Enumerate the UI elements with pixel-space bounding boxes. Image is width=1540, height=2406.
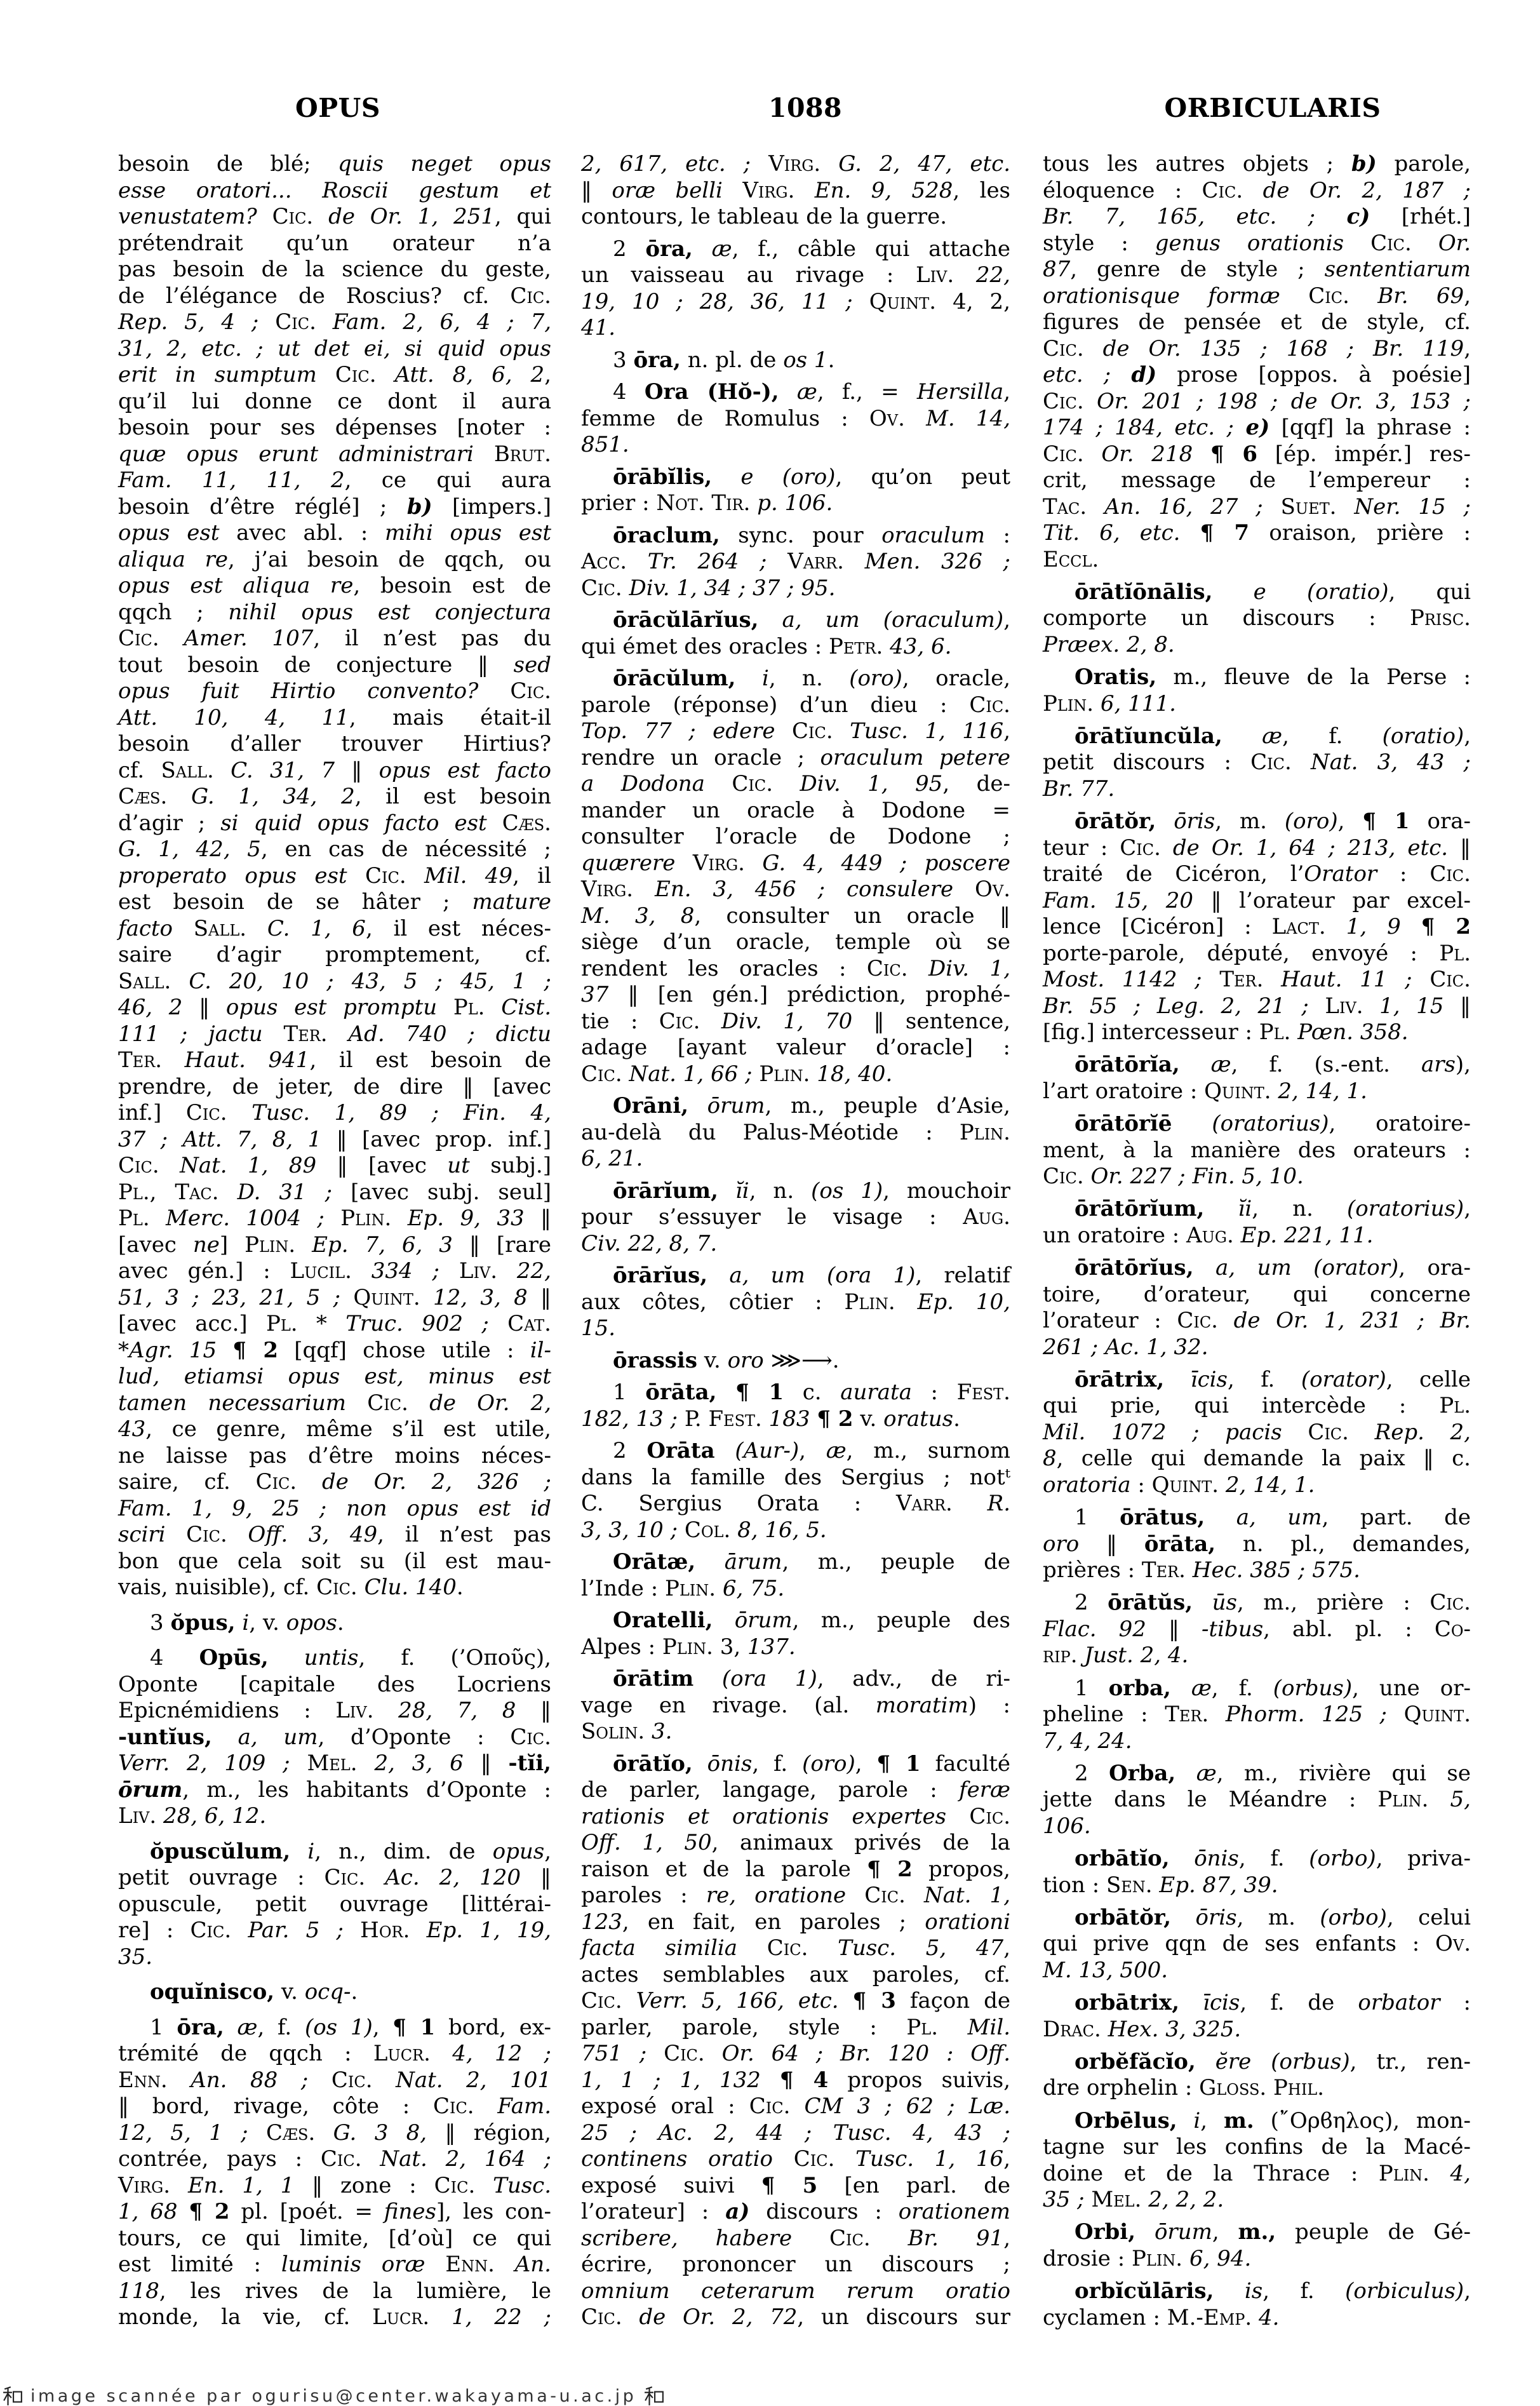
italic-text: Amer. 107 [184, 626, 313, 651]
bold-text: ¶ 2 [189, 2199, 229, 2224]
italic-text: 334 ; [372, 1258, 439, 1284]
author-abbreviation: Co- [1435, 1616, 1471, 1642]
italic-text: rationis et orationis expertes [581, 1804, 946, 1829]
italic-text: ĕre (orbus) [1215, 2049, 1350, 2074]
author-abbreviation: Sall. [194, 916, 246, 941]
italic-text: Civ. 22, 8, 7. [581, 1231, 717, 1256]
text-line: ōrātĭōnālis, e (oratio), qui [1043, 579, 1471, 606]
text-line: qui prie, qui intercède : Pl. [1043, 1393, 1471, 1420]
italic-text: Orator [1304, 861, 1377, 887]
author-abbreviation: Cic. [365, 863, 406, 889]
italic-text: orbator [1358, 1990, 1440, 2015]
text-line: 4 Ora (Hŏ-), æ, f., = Hersilla, [581, 379, 1010, 406]
italic-text: Or. 201 ; 198 ; de Or. 3, 153 ; [1097, 389, 1471, 414]
italic-text: 43 [118, 1416, 145, 1442]
italic-text: Rep. 2, [1375, 1420, 1471, 1445]
author-abbreviation: Virg. [581, 877, 633, 902]
italic-text: æ [1211, 1052, 1231, 1077]
italic-text: Ep. 87, 39. [1159, 1872, 1278, 1898]
text-line: teur : Cic. de Or. 1, 64 ; 213, etc. ‖ [1043, 835, 1471, 862]
section-letter: d) [1131, 362, 1156, 387]
italic-text: de Or. 1, 251 [328, 204, 495, 229]
dictionary-entry: ōrātĭuncŭla, æ, f. (oratio),petit discou… [1043, 723, 1471, 803]
italic-text: 2, 617, etc. ; [581, 151, 751, 177]
text-line: aliqua re, j’ai besoin de qqch, ou [118, 547, 551, 574]
author-abbreviation: M.-Emp. [1167, 2305, 1252, 2330]
author-abbreviation: Liv. [335, 1698, 373, 1723]
kanji-wa-mark-icon [3, 2386, 23, 2406]
italic-text: 22, [517, 1258, 551, 1284]
section-letter: b) [407, 494, 432, 520]
author-abbreviation: Cic. [1250, 749, 1292, 775]
italic-text: Men. 326 ; [865, 549, 1010, 574]
italic-text: Fam. 2, 6, 4 ; 7, [333, 309, 551, 335]
author-abbreviation: Cic. [335, 362, 377, 387]
text-line: Most. 1142 ; Ter. Haut. 11 ; Cic. [1043, 967, 1471, 993]
italic-text: Merc. 1004 ; [166, 1206, 325, 1231]
author-abbreviation: Plin. [1379, 2161, 1430, 2186]
italic-text: oratus [883, 1406, 953, 1432]
author-abbreviation: Not. Tir. [656, 490, 750, 516]
italic-text: æ [826, 1438, 847, 1463]
italic-text: 183 [769, 1406, 810, 1432]
dictionary-entry: 2 ōra, æ, f., câble qui attacheun vaisse… [581, 236, 1010, 342]
author-abbreviation: Cic. [581, 1061, 622, 1087]
italic-text: Top. 77 ; edere [581, 718, 775, 744]
text-line: Plin. 6, 111. [1043, 691, 1471, 718]
text-line: Alpes : Plin. 3, 137. [581, 1634, 1010, 1661]
text-line: tamen necessarium Cic. de Or. 2, [118, 1390, 551, 1417]
italic-text: ōrum [1155, 2219, 1212, 2245]
dictionary-entry: ōrātim (ora 1), adv., de ri-vage en riva… [581, 1666, 1010, 1745]
italic-text: ne [193, 1232, 220, 1258]
text-line: pour s’essuyer le visage : Aug. [581, 1204, 1010, 1231]
italic-text: Ep. 9, 33 [408, 1206, 525, 1231]
italic-text: Mil. 49 [424, 863, 512, 889]
author-abbreviation: Pl. [266, 1311, 298, 1336]
text-line: ōrārĭum, ĭi, n. (os 1), mouchoir [581, 1178, 1010, 1205]
dictionary-entry: 1 ōrāta, ¶ 1 c. aurata : Fest.182, 13 ; … [581, 1380, 1010, 1432]
text-line: oquĭnisco, v. ocq-. [118, 1979, 551, 2006]
text-line: G. 1, 42, 5, en cas de nécessité ; [118, 837, 551, 863]
italic-text: 106. [1043, 1813, 1091, 1839]
text-line: l’orateur] : a) discours : orationem [581, 2199, 1010, 2226]
author-abbreviation: Cic. [510, 283, 551, 309]
dictionary-entry-continued: 2, 617, etc. ; Virg. G. 2, 47, etc.‖ oræ… [581, 151, 1010, 231]
author-abbreviation: Ov. [975, 877, 1010, 902]
italic-text: Hex. 3, 325. [1108, 2017, 1242, 2042]
italic-text: 118 [118, 2278, 159, 2304]
italic-text: il- [530, 1338, 551, 1363]
text-line: petit discours : Cic. Nat. 3, 43 ; [1043, 749, 1471, 776]
italic-text: 3, 3, 10 ; [581, 1517, 678, 1543]
text-line: ŏpuscŭlum, i, n., dim. de opus, [118, 1839, 551, 1865]
bold-text: ¶ 2 [817, 1406, 853, 1432]
italic-text: Mil. 1072 ; pacis [1043, 1420, 1282, 1445]
italic-text: 35 ; [1043, 2187, 1085, 2212]
italic-text: oræ belli [612, 178, 723, 203]
italic-text: genus orationis [1155, 231, 1344, 256]
italic-text: ōris [1196, 1905, 1237, 1930]
italic-text: Att. 8, 6, 2 [395, 362, 545, 387]
italic-text: opus fuit Hirtio convento? [118, 678, 478, 704]
dictionary-entry: orbātrix, īcis, f. de orbator :Drac. Hex… [1043, 1990, 1471, 2043]
italic-text: Ad. 740 ; dictu [349, 1021, 551, 1047]
italic-text: (ora 1) [827, 1263, 915, 1288]
italic-text: Rep. 5, 4 ; [118, 309, 258, 335]
italic-text: CM 3 ; 62 ; Læ. [805, 2093, 1010, 2119]
author-abbreviation: Cic. [118, 1153, 159, 1178]
text-line: 25 ; Ac. 2, 44 ; Tusc. 4, 43 ; [581, 2120, 1010, 2147]
italic-text: omnium ceterarum rerum oratio [581, 2278, 1010, 2304]
italic-text: sententiarum [1325, 257, 1471, 282]
author-abbreviation: Cic. [1430, 967, 1471, 992]
text-line: besoin pour ses dépenses [noter : [118, 415, 551, 441]
text-line: 111 ; jactu Ter. Ad. 740 ; dictu [118, 1021, 551, 1048]
text-line: ōrābĭlis, e (oro), qu’on peut [581, 464, 1010, 491]
author-abbreviation: Cic. [732, 771, 773, 796]
text-line: monde, la vie, cf. Lucr. 1, 22 ; [118, 2304, 551, 2331]
author-abbreviation: Cic. [1043, 1164, 1084, 1189]
author-abbreviation: Cic. [191, 1918, 232, 1943]
italic-text: continens oratio [581, 2146, 773, 2172]
italic-text: ārum [725, 1549, 782, 1575]
text-line: ōrātōrĭum, ĭi, n. (oratorius), [1043, 1196, 1471, 1223]
bold-text: ōrāta, [1144, 1531, 1215, 1557]
italic-text: (Aur-) [735, 1438, 799, 1463]
italic-text: 261 ; Ac. 1, 32. [1043, 1334, 1209, 1360]
author-abbreviation: Lact. [1272, 914, 1326, 939]
italic-text: Hec. 385 ; 575. [1193, 1557, 1360, 1583]
author-abbreviation: Cic. [829, 2226, 871, 2251]
italic-text: opus est promptu [226, 995, 437, 1020]
italic-text: Truc. 902 ; [345, 1311, 489, 1336]
text-line: rip. Just. 2, 4. [1043, 1643, 1471, 1669]
text-line: opus est aliqua re, besoin est de [118, 573, 551, 600]
text-line: opus est avec abl. : mihi opus est [118, 520, 551, 547]
italic-text: (os 1) [811, 1178, 883, 1204]
author-abbreviation: Aug. [1186, 1223, 1234, 1248]
italic-text: (oratorius) [1347, 1196, 1464, 1221]
italic-text: de Or. 2, 72 [639, 2304, 797, 2330]
text-line: ōrātĭuncŭla, æ, f. (oratio), [1043, 723, 1471, 750]
author-abbreviation: Cæs. [118, 784, 167, 809]
italic-text: esse oratori... Roscii gestum et [118, 178, 551, 203]
dictionary-entry: ōrātrix, īcis, f. (orator), cellequi pri… [1043, 1367, 1471, 1499]
author-abbreviation: Cat. [507, 1311, 551, 1336]
bold-text: orbātrix, [1075, 1990, 1179, 2015]
text-line: Virg. En. 1, 1 ‖ zone : Cic. Tusc. [118, 2173, 551, 2200]
text-line: lud, etiamsi opus est, minus est [118, 1364, 551, 1390]
bold-text: ¶ 4 [780, 2067, 828, 2093]
author-abbreviation: Liv. [459, 1258, 497, 1284]
text-line: qqch ; nihil opus est conjectura [118, 600, 551, 626]
italic-text: (oro) [1285, 809, 1338, 834]
author-abbreviation: Cic. [581, 1988, 622, 2013]
text-line: Drac. Hex. 3, 325. [1043, 2017, 1471, 2043]
author-abbreviation: Cic. [659, 1009, 700, 1034]
italic-text: 35. [118, 1944, 152, 1970]
text-line: besoin de blé; quis neget opus [118, 151, 551, 178]
author-abbreviation: Cic. [316, 1575, 358, 1600]
author-abbreviation: Varr. [896, 1491, 953, 1516]
italic-text: Fam. 11, 11, 2 [118, 467, 345, 493]
dictionary-entry: ōrācŭlum, i, n. (oro), oracle,parole (ré… [581, 666, 1010, 1087]
dictionary-entry: Oratelli, ōrum, m., peuple desAlpes : Pl… [581, 1608, 1010, 1660]
text-line: de parler, langage, parole : feræ [581, 1777, 1010, 1804]
italic-text: Ep. 1, 19, [427, 1918, 551, 1943]
dictionary-entry: Orbēlus, i, m. (῎Ορϐηλος), mon-tagne sur… [1043, 2108, 1471, 2214]
bold-text: ōra, [645, 236, 692, 262]
text-line: esse oratori... Roscii gestum et [118, 178, 551, 205]
text-line: 1 ōrāta, ¶ 1 c. aurata : Fest. [581, 1380, 1010, 1406]
italic-text: 182, 13 ; [581, 1406, 678, 1432]
text-line: 2, 617, etc. ; Virg. G. 2, 47, etc. [581, 151, 1010, 178]
italic-text: An. 16, 27 ; [1104, 494, 1263, 520]
text-column-3: tous les autres objets ; b) parole,éloqu… [1043, 151, 1471, 2331]
italic-text: ĭi [1238, 1196, 1252, 1221]
italic-text: 6, 21. [581, 1146, 643, 1171]
text-line: 2 Orba, æ, m., rivière qui se [1043, 1761, 1471, 1787]
italic-text: En. 9, 528 [815, 178, 953, 203]
author-abbreviation: Cic. [1043, 441, 1084, 467]
italic-text: erit in sumptum [118, 362, 317, 387]
italic-text: facto [118, 916, 173, 941]
section-letter: ōrum [118, 1777, 182, 1803]
text-line: Civ. 22, 8, 7. [581, 1231, 1010, 1258]
text-line: ōraclum, sync. pour oraculum : [581, 523, 1010, 549]
text-line: lence [Cicéron] : Lact. 1, 9 ¶ 2 [1043, 914, 1471, 941]
text-line: orbātŏr, ōris, m. (orbo), celui [1043, 1905, 1471, 1932]
text-line: Cic. Or. 218 ¶ 6 [ép. impér.] res- [1043, 441, 1471, 468]
dictionary-entry: 4 Ora (Hŏ-), æ, f., = Hersilla,femme de … [581, 379, 1010, 459]
text-line: 51, 3 ; 23, 21, 5 ; Quint. 12, 3, 8 ‖ [118, 1285, 551, 1312]
italic-text: quærere [581, 850, 675, 876]
author-abbreviation: Plin. [244, 1232, 295, 1258]
italic-text: 7, 4, 24. [1043, 1728, 1132, 1754]
text-line: parole (réponse) d’un dieu : Cic. [581, 692, 1010, 719]
author-abbreviation: Cic. [325, 1865, 366, 1890]
text-line: dre orphelin : Gloss. Phil. [1043, 2075, 1471, 2102]
author-abbreviation: Cic. [864, 1883, 906, 1908]
text-line: Fam. 15, 20 ‖ l’orateur par excel- [1043, 888, 1471, 915]
dictionary-entry: ōrātōrĭē (oratorius), oratoire-ment, à l… [1043, 1111, 1471, 1190]
dictionary-entry: orbātŏr, ōris, m. (orbo), celuiqui prive… [1043, 1905, 1471, 1984]
bold-text: Oratis, [1075, 664, 1156, 690]
italic-text: Ep. 7, 6, 3 [312, 1232, 453, 1258]
bold-text: ōrātōrĭē [1075, 1111, 1172, 1136]
author-abbreviation: Plin. [340, 1206, 391, 1231]
bold-text: ¶ 1 [392, 2015, 435, 2040]
bold-text: ¶ 1 [735, 1380, 784, 1405]
text-line: 41. [581, 315, 1010, 342]
author-abbreviation: Fest. [957, 1380, 1010, 1405]
text-line: ōrātōrĭē (oratorius), oratoire- [1043, 1111, 1471, 1138]
text-line: 37 ‖ [en gén.] prédiction, prophé- [581, 982, 1010, 1009]
author-abbreviation: Liv. [1325, 993, 1363, 1019]
italic-text: 51, 3 ; 23, 21, 5 ; [118, 1285, 340, 1310]
italic-text: 19, 10 ; 28, 36, 11 ; [581, 289, 853, 314]
author-abbreviation: Virg. [742, 178, 794, 203]
italic-text: (os 1) [305, 2015, 373, 2040]
italic-text: Nat. 2, 164 ; [380, 2146, 551, 2172]
dictionary-entry: Orāni, ōrum, m., peuple d’Asie,au-delà d… [581, 1093, 1010, 1173]
italic-text: a Dodona [581, 771, 705, 796]
author-abbreviation: Quint. [1204, 1079, 1271, 1104]
author-abbreviation: rip. [1043, 1643, 1078, 1668]
author-abbreviation: Enn. [445, 2252, 495, 2277]
italic-text: i [1193, 2108, 1200, 2134]
italic-text: ūs [1212, 1590, 1237, 1615]
text-line: -untĭus, a, um, d’Oponte : Cic. [118, 1724, 551, 1751]
italic-text: de Or. 135 ; 168 ; Br. 119 [1103, 336, 1464, 361]
italic-text: opos [286, 1610, 337, 1636]
bold-text: Oratelli, [613, 1608, 713, 1633]
italic-text: luminis oræ [281, 2252, 425, 2277]
text-line: tie : Cic. Div. 1, 70 ‖ sentence, [581, 1009, 1010, 1035]
author-abbreviation: Plin. [1132, 2246, 1182, 2271]
italic-text: quæ opus erunt administrari [118, 441, 474, 467]
dictionary-entry: Orbi, ōrum, m., peuple de Gé-drosie : Pl… [1043, 2219, 1471, 2272]
text-line: de l’élégance de Roscius? cf. Cic. [118, 283, 551, 310]
italic-text: 37 ; Att. 7, 8, 1 [118, 1127, 321, 1152]
bold-text: ¶ 2 [232, 1338, 278, 1363]
italic-text: An. [515, 2252, 551, 2277]
author-abbreviation: Enn. [118, 2067, 168, 2093]
italic-text: i [307, 1839, 314, 1864]
italic-text: Verr. 5, 166, etc. [636, 1988, 839, 2013]
bold-text: ŏpuscŭlum, [150, 1839, 290, 1864]
italic-text: re, oratione [706, 1883, 846, 1908]
italic-text: (orbus) [1273, 1676, 1352, 1701]
text-line: a Dodona Cic. Div. 1, 95, de- [581, 771, 1010, 798]
bold-text: Orāni, [613, 1093, 688, 1119]
italic-text: untis [304, 1645, 359, 1670]
italic-text: Nat. 1, 89 [180, 1153, 316, 1178]
italic-text: Præex. 2, 8. [1043, 632, 1175, 657]
running-head-left: OPUS [295, 95, 380, 121]
text-line: ōrātōrĭus, a, um (orator), ora- [1043, 1255, 1471, 1282]
text-line: Præex. 2, 8. [1043, 632, 1471, 659]
text-line: rationis et orationis expertes Cic. [581, 1804, 1010, 1831]
text-line: ōrātĭo, ōnis, f. (oro), ¶ 1 faculté [581, 1751, 1010, 1778]
author-abbreviation: Cic. [367, 1390, 408, 1416]
bold-text: Ora (Hŏ-), [645, 379, 779, 405]
text-line: contours, le tableau de la guerre. [581, 204, 1010, 231]
dictionary-entry: 1 ōra, æ, f. (os 1), ¶ 1 bord, ex-trémit… [118, 2015, 551, 2331]
author-abbreviation: Quint. [1152, 1472, 1219, 1498]
italic-text: nihil opus est conjectura [228, 600, 551, 625]
italic-text: 4, [1450, 2161, 1471, 2186]
text-line: Cic. de Or. 135 ; 168 ; Br. 119, [1043, 336, 1471, 363]
author-abbreviation: Quint. [1404, 1702, 1471, 1727]
text-line: 1, 68 ¶ 2 pl. [poét. = fines], les con- [118, 2199, 551, 2226]
text-line: Fam. 1, 9, 25 ; non opus est id [118, 1496, 551, 1522]
italic-text: si quid opus facto est [220, 810, 486, 836]
text-line: Br. 77. [1043, 776, 1471, 803]
italic-text: aliqua re [118, 547, 228, 572]
text-line: *Agr. 15 ¶ 2 [qqf] chose utile : il- [118, 1338, 551, 1364]
text-line: 15. [581, 1315, 1010, 1342]
italic-text: Or. [1438, 231, 1471, 256]
text-line: Virg. En. 3, 456 ; consulere Ov. [581, 877, 1010, 903]
italic-text: Verr. 2, 109 ; [118, 1751, 290, 1776]
italic-text: 6, 94. [1189, 2246, 1251, 2271]
text-line: tion : Sen. Ep. 87, 39. [1043, 1872, 1471, 1899]
text-line: quæ opus erunt administrari Brut. [118, 441, 551, 468]
italic-text: Or. 227 ; Fin. 5, 10. [1090, 1164, 1303, 1189]
page-number: 1088 [768, 95, 842, 121]
text-line: Br. 55 ; Leg. 2, 21 ; Liv. 1, 15 ‖ [1043, 993, 1471, 1020]
author-abbreviation: Plin. [960, 1120, 1010, 1145]
italic-text: Clu. 140 [365, 1575, 457, 1600]
text-line: Cic. Verr. 5, 166, etc. ¶ 3 façon de [581, 1988, 1010, 2015]
author-abbreviation: Plin. [759, 1061, 810, 1087]
italic-text: Agr. 15 [129, 1338, 217, 1363]
italic-text: sciri [118, 1522, 166, 1547]
section-letter: c) [1347, 204, 1370, 229]
text-line: l’Inde : Plin. 6, 75. [581, 1576, 1010, 1603]
italic-text: æ [797, 379, 817, 405]
running-head-right: ORBICULARIS [1164, 95, 1381, 121]
text-line: qui prive qqn de ses enfants : Ov. [1043, 1931, 1471, 1958]
italic-text: Off. 3, 49 [248, 1522, 377, 1547]
italic-text: 18, 40. [817, 1061, 892, 1087]
text-line: etc. ; d) prose [oppos. à poésie] [1043, 362, 1471, 389]
author-abbreviation: Tac. [1043, 494, 1087, 520]
text-line: sciri Cic. Off. 3, 49, il n’est pas [118, 1522, 551, 1549]
italic-text: properato opus est [118, 863, 347, 889]
text-line: Pl. Merc. 1004 ; Plin. Ep. 9, 33 ‖ [118, 1206, 551, 1232]
text-line: est besoin de se hâter ; mature [118, 889, 551, 916]
bold-text: orbātĭo, [1075, 1846, 1170, 1871]
text-line: erit in sumptum Cic. Att. 8, 6, 2, [118, 362, 551, 389]
text-line: ōrācŭlārĭus, a, um (oraculum), [581, 607, 1010, 634]
author-abbreviation: Ter. [1165, 1702, 1209, 1727]
text-line: besoin d’être réglé] ; b) [impers.] [118, 494, 551, 521]
italic-text: Mil. [968, 2015, 1010, 2040]
author-abbreviation: Cic. [321, 2146, 362, 2172]
text-line: Orbēlus, i, m. (῎Ορϐηλος), mon- [1043, 2108, 1471, 2135]
text-line: scribere, habere Cic. Br. 91, [581, 2226, 1010, 2252]
text-line: aux côtes, côtier : Plin. Ep. 10, [581, 1289, 1010, 1316]
text-line: 851. [581, 432, 1010, 459]
section-letter: e) [1245, 415, 1269, 440]
author-abbreviation: Cic. [1202, 178, 1243, 203]
text-line: Off. 1, 50, animaux privés de la [581, 1830, 1010, 1857]
italic-text: ōris [1174, 809, 1215, 834]
text-line: [avec acc.] Pl. * Truc. 902 ; Cat. [118, 1311, 551, 1338]
bold-text: oquĭnisco, [150, 1979, 274, 2005]
italic-text: īcis [1191, 1367, 1228, 1392]
text-line: cf. Sall. C. 31, 7 ‖ opus est facto [118, 758, 551, 784]
text-line: rendre un oracle ; oraculum petere [581, 745, 1010, 772]
text-line: Pl., Tac. D. 31 ; [avec subj. seul] [118, 1179, 551, 1206]
text-line: M. 3, 8, consulter un oracle ‖ [581, 903, 1010, 930]
text-line: mander un oracle à Dodone = [581, 798, 1010, 824]
italic-text: ōrum [707, 1093, 765, 1119]
italic-text: Or. 218 [1101, 441, 1193, 467]
italic-text: oro [728, 1348, 764, 1373]
italic-text: opus [493, 1839, 545, 1864]
author-abbreviation: Cic. [1308, 283, 1349, 309]
bold-text: ōraclum, [613, 523, 720, 548]
italic-text: 2, 2, 2. [1148, 2187, 1224, 2212]
author-abbreviation: Cic. [433, 2093, 474, 2119]
italic-text: Most. 1142 ; [1043, 967, 1202, 992]
author-abbreviation: Varr. [787, 549, 844, 574]
text-line: Enn. An. 88 ; Cic. Nat. 2, 101 [118, 2067, 551, 2094]
